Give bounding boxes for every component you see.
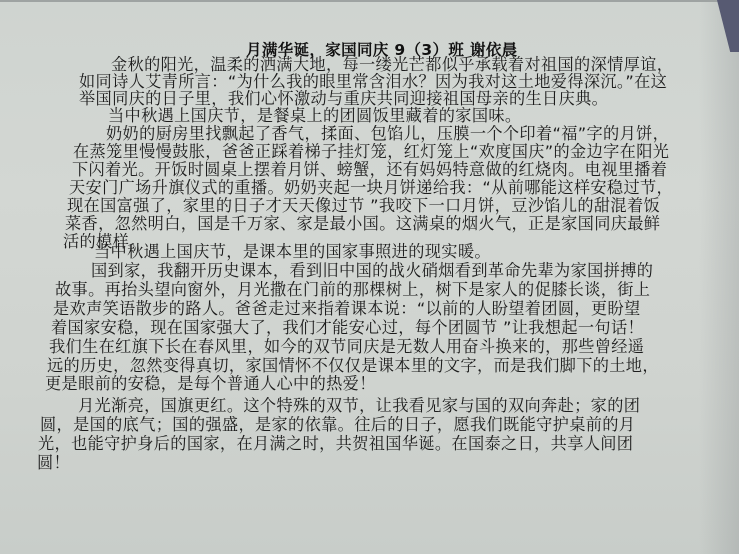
- text-line: 我们生在红旗下长在春风里，如今的双节同庆是无数人用奋斗换来的，那些曾经遥: [49, 338, 644, 356]
- text-line: 奶奶的厨房里找飘起了香气，揉面、包馅儿，压膜一个个印着“福”字的月饼，: [106, 125, 669, 143]
- text-line: 远的历史，忽然变得真切，家国情怀不仅仅是课本里的文字，而是我们脚下的土地，: [47, 357, 659, 375]
- text-line: 当中秋遇上国庆节，是餐桌上的团圆饭里藏着的家国味。: [108, 107, 521, 125]
- text-line: 在蒸笼里慢慢鼓胀，爸爸正踩着梯子挂灯笼，红灯笼上“欢度国庆”的金边字在阳光: [73, 143, 669, 161]
- text-line: 是欢声笑语散步的路人。爸爸走过来指着课本说：“以前的人盼望着团圆，更盼望: [53, 300, 641, 318]
- text-line: 光，也能守护身后的国家，在月满之时，共贺祖国华诞。在国泰之日，共享人间团: [38, 435, 633, 453]
- text-line: 圆！: [37, 454, 70, 472]
- page-curve-shadow: [699, 0, 739, 554]
- text-line: 菜香，忽然明白，国是千万家、家是最小国。这满桌的烟火气，正是家国同庆最鲜: [65, 215, 660, 233]
- text-line: 圆，是国的底气；国的强盛，是家的依靠。往后的日子，愿我们既能守护桌前的月: [40, 416, 635, 434]
- text-line: 月光渐亮，国旗更红。这个特殊的双节，让我看见家与国的双向奔赴；家的团: [78, 397, 640, 415]
- text-line: 故事。再抬头望向窗外，月光撒在门前的那棵树上，树下是家人的促膝长谈，街上: [55, 281, 650, 299]
- text-line: 国到家，我翻开历史课本，看到旧中国的战火硝烟看到革命先辈为家国拼搏的: [91, 262, 653, 280]
- paper-top-edge: [0, 0, 739, 2]
- text-line: 天安门广场升旗仪式的重播。奶奶夹起一块月饼递给我：“从前哪能这样安稳过节，: [69, 179, 673, 197]
- text-line: 现在国富强了，家里的日子才天天像过节 ”我咬下一口月饼，豆沙馅儿的甜混着饭: [67, 197, 660, 215]
- text-line: 当中秋遇上国庆节，是课本里的国家事照进的现实暖。: [94, 243, 491, 261]
- text-line: 更是眼前的安稳，是每个普通人心中的热爱！: [45, 375, 376, 393]
- text-line: 着国家安稳，现在国家强大了，我们才能安心过，每个团圆节 ”让我想起一句话！: [51, 319, 644, 337]
- text-line: 下闪着光。开饭时圆桌上摆着月饼、螃蟹，还有妈妈特意做的红烧肉。电视里播着: [72, 161, 667, 179]
